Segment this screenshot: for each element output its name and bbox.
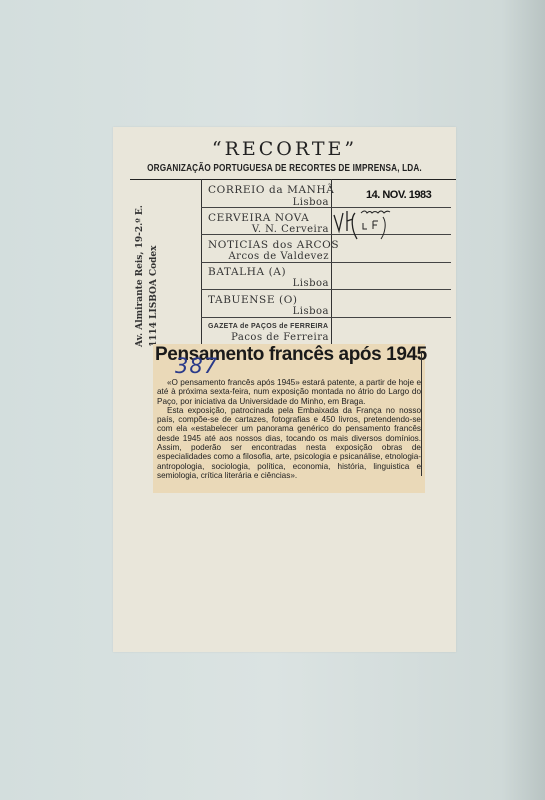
publication-city: Arcos de Valdevez	[228, 251, 329, 262]
publication-name: TABUENSE (O)	[208, 294, 298, 306]
address-block: Av. Almirante Reis, 19-2.º E. 1114 LISBO…	[132, 197, 174, 347]
row-divider	[201, 262, 451, 263]
date-stamp: 14. NOV. 1983	[366, 189, 431, 201]
organization-name: ORGANIZAÇÃO PORTUGUESA DE RECORTES DE IM…	[144, 163, 425, 174]
row-divider	[201, 317, 451, 318]
clipping-edge-line	[421, 352, 422, 476]
publication-name: GAZETA de PAÇOS de FERREIRA	[208, 323, 328, 330]
address-line-1: Av. Almirante Reis, 19-2.º E.	[135, 205, 145, 347]
header-divider	[130, 179, 456, 180]
publication-city: Lisboa	[293, 306, 329, 317]
handwritten-number: 387	[175, 354, 218, 378]
address-line-2: 1114 LISBOA Codex	[149, 245, 159, 347]
publication-city: Pacos de Ferreira	[231, 332, 329, 343]
handwritten-note: VH (exposição L.F.)	[331, 207, 411, 242]
publication-city: Lisboa	[293, 278, 329, 289]
publication-city: Lisboa	[293, 197, 329, 208]
clipping-paragraph: «O pensamento francês após 1945» estará …	[157, 378, 421, 406]
row-divider	[201, 289, 451, 290]
publication-city: V. N. Cerveira	[252, 224, 329, 235]
clipping-paragraph: Esta exposição, patrocinada pela Embaixa…	[157, 406, 421, 480]
publication-name: NOTICIAS dos ARCOS	[208, 239, 339, 251]
publication-name: CORREIO da MANHÃ	[208, 184, 334, 196]
publication-name: CERVEIRA NOVA	[208, 212, 309, 224]
table-middle-border	[331, 179, 332, 349]
clipping-body: «O pensamento francês após 1945» estará …	[157, 378, 421, 480]
brand-title: “RECORTE”	[113, 138, 456, 160]
publication-name: BATALHA (A)	[208, 266, 286, 278]
table-left-border	[201, 179, 202, 349]
newspaper-clipping: Pensamento francês após 1945 387 «O pens…	[153, 344, 425, 493]
